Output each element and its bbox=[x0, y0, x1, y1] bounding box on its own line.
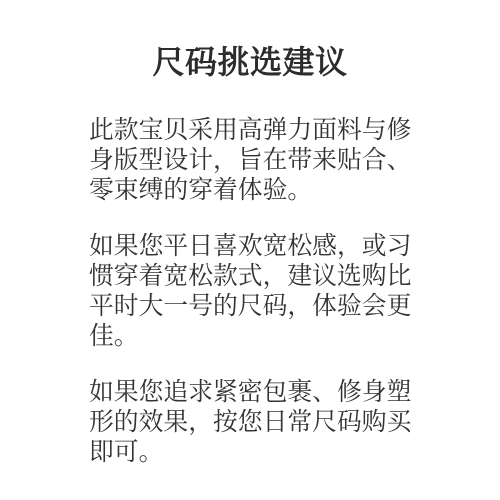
page-title: 尺码挑选建议 bbox=[0, 42, 500, 82]
paragraph-fabric-intro: 此款宝贝采用高弹力面料与修 身版型设计，旨在带来贴合、 零束缚的穿着体验。 bbox=[89, 115, 500, 205]
size-guide-content: 此款宝贝采用高弹力面料与修 身版型设计，旨在带来贴合、 零束缚的穿着体验。 如果… bbox=[89, 115, 500, 467]
paragraph-loose-fit-advice: 如果您平日喜欢宽松感，或习 惯穿着宽松款式，建议选购比 平时大一号的尺码，体验会… bbox=[89, 231, 500, 351]
size-guide-card: 尺码挑选建议 此款宝贝采用高弹力面料与修 身版型设计，旨在带来贴合、 零束缚的穿… bbox=[0, 0, 500, 500]
paragraph-tight-fit-advice: 如果您追求紧密包裹、修身塑 形的效果，按您日常尺码购买 即可。 bbox=[89, 377, 500, 467]
